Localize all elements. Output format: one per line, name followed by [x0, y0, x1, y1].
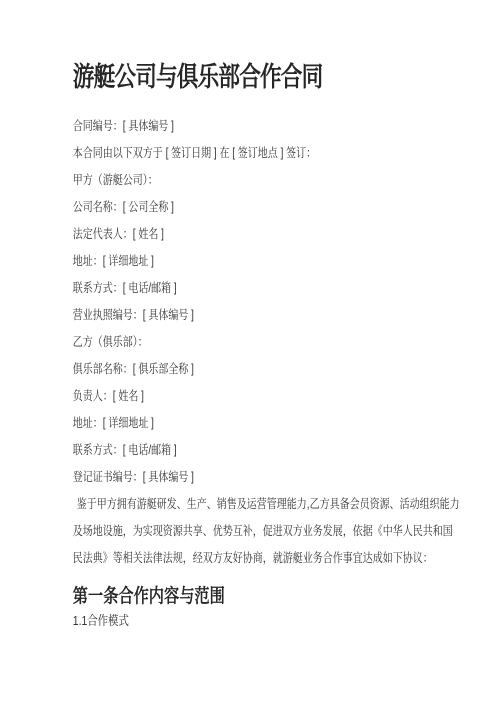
contract-number-line: 合同编号：[ 具体编号 ]	[73, 113, 460, 140]
section-1-1-subheading: 1.1合作模式	[73, 612, 460, 630]
party-b-contact-line: 联系方式：[ 电话/邮箱 ]	[73, 437, 460, 464]
whereas-clause-line-3: 民法典》等相关法律法规，经双方友好协商，就游艇业务合作事宜达成如下协议：	[73, 545, 460, 572]
contract-document-page: 游艇公司与俱乐部合作合同 合同编号：[ 具体编号 ] 本合同由以下双方于 [ 签…	[0, 0, 500, 707]
party-a-contact-line: 联系方式：[ 电话/邮箱 ]	[73, 275, 460, 302]
party-b-registration-certificate-line: 登记证书编号：[ 具体编号 ]	[73, 464, 460, 491]
whereas-clause-line-2: 及场地设施，为实现资源共享、优势互补，促进双方业务发展，依据《中华人民共和国	[73, 518, 460, 545]
party-b-address-line: 地址：[ 详细地址 ]	[73, 410, 460, 437]
signing-statement-line: 本合同由以下双方于 [ 签订日期 ] 在 [ 签订地点 ] 签订：	[73, 140, 460, 167]
party-a-address-line: 地址：[ 详细地址 ]	[73, 248, 460, 275]
contract-document-body: 游艇公司与俱乐部合作合同 合同编号：[ 具体编号 ] 本合同由以下双方于 [ 签…	[0, 0, 500, 630]
party-a-business-license-line: 营业执照编号：[ 具体编号 ]	[73, 302, 460, 329]
party-a-heading-line: 甲方（游艇公司）：	[73, 167, 460, 194]
whereas-clause-line-1: 鉴于甲方拥有游艇研发、生产、销售及运营管理能力,乙方具备会员资源、活动组织能力	[73, 491, 460, 518]
document-title: 游艇公司与俱乐部合作合同	[73, 60, 460, 94]
party-b-club-name-line: 俱乐部名称：[ 俱乐部全称 ]	[73, 356, 460, 383]
section-1-heading: 第一条合作内容与范围	[73, 584, 460, 610]
party-a-legal-representative-line: 法定代表人：[ 姓名 ]	[73, 221, 460, 248]
party-b-heading-line: 乙方（俱乐部）：	[73, 329, 460, 356]
party-a-company-name-line: 公司名称：[ 公司全称 ]	[73, 194, 460, 221]
party-b-principal-line: 负责人：[ 姓名 ]	[73, 383, 460, 410]
